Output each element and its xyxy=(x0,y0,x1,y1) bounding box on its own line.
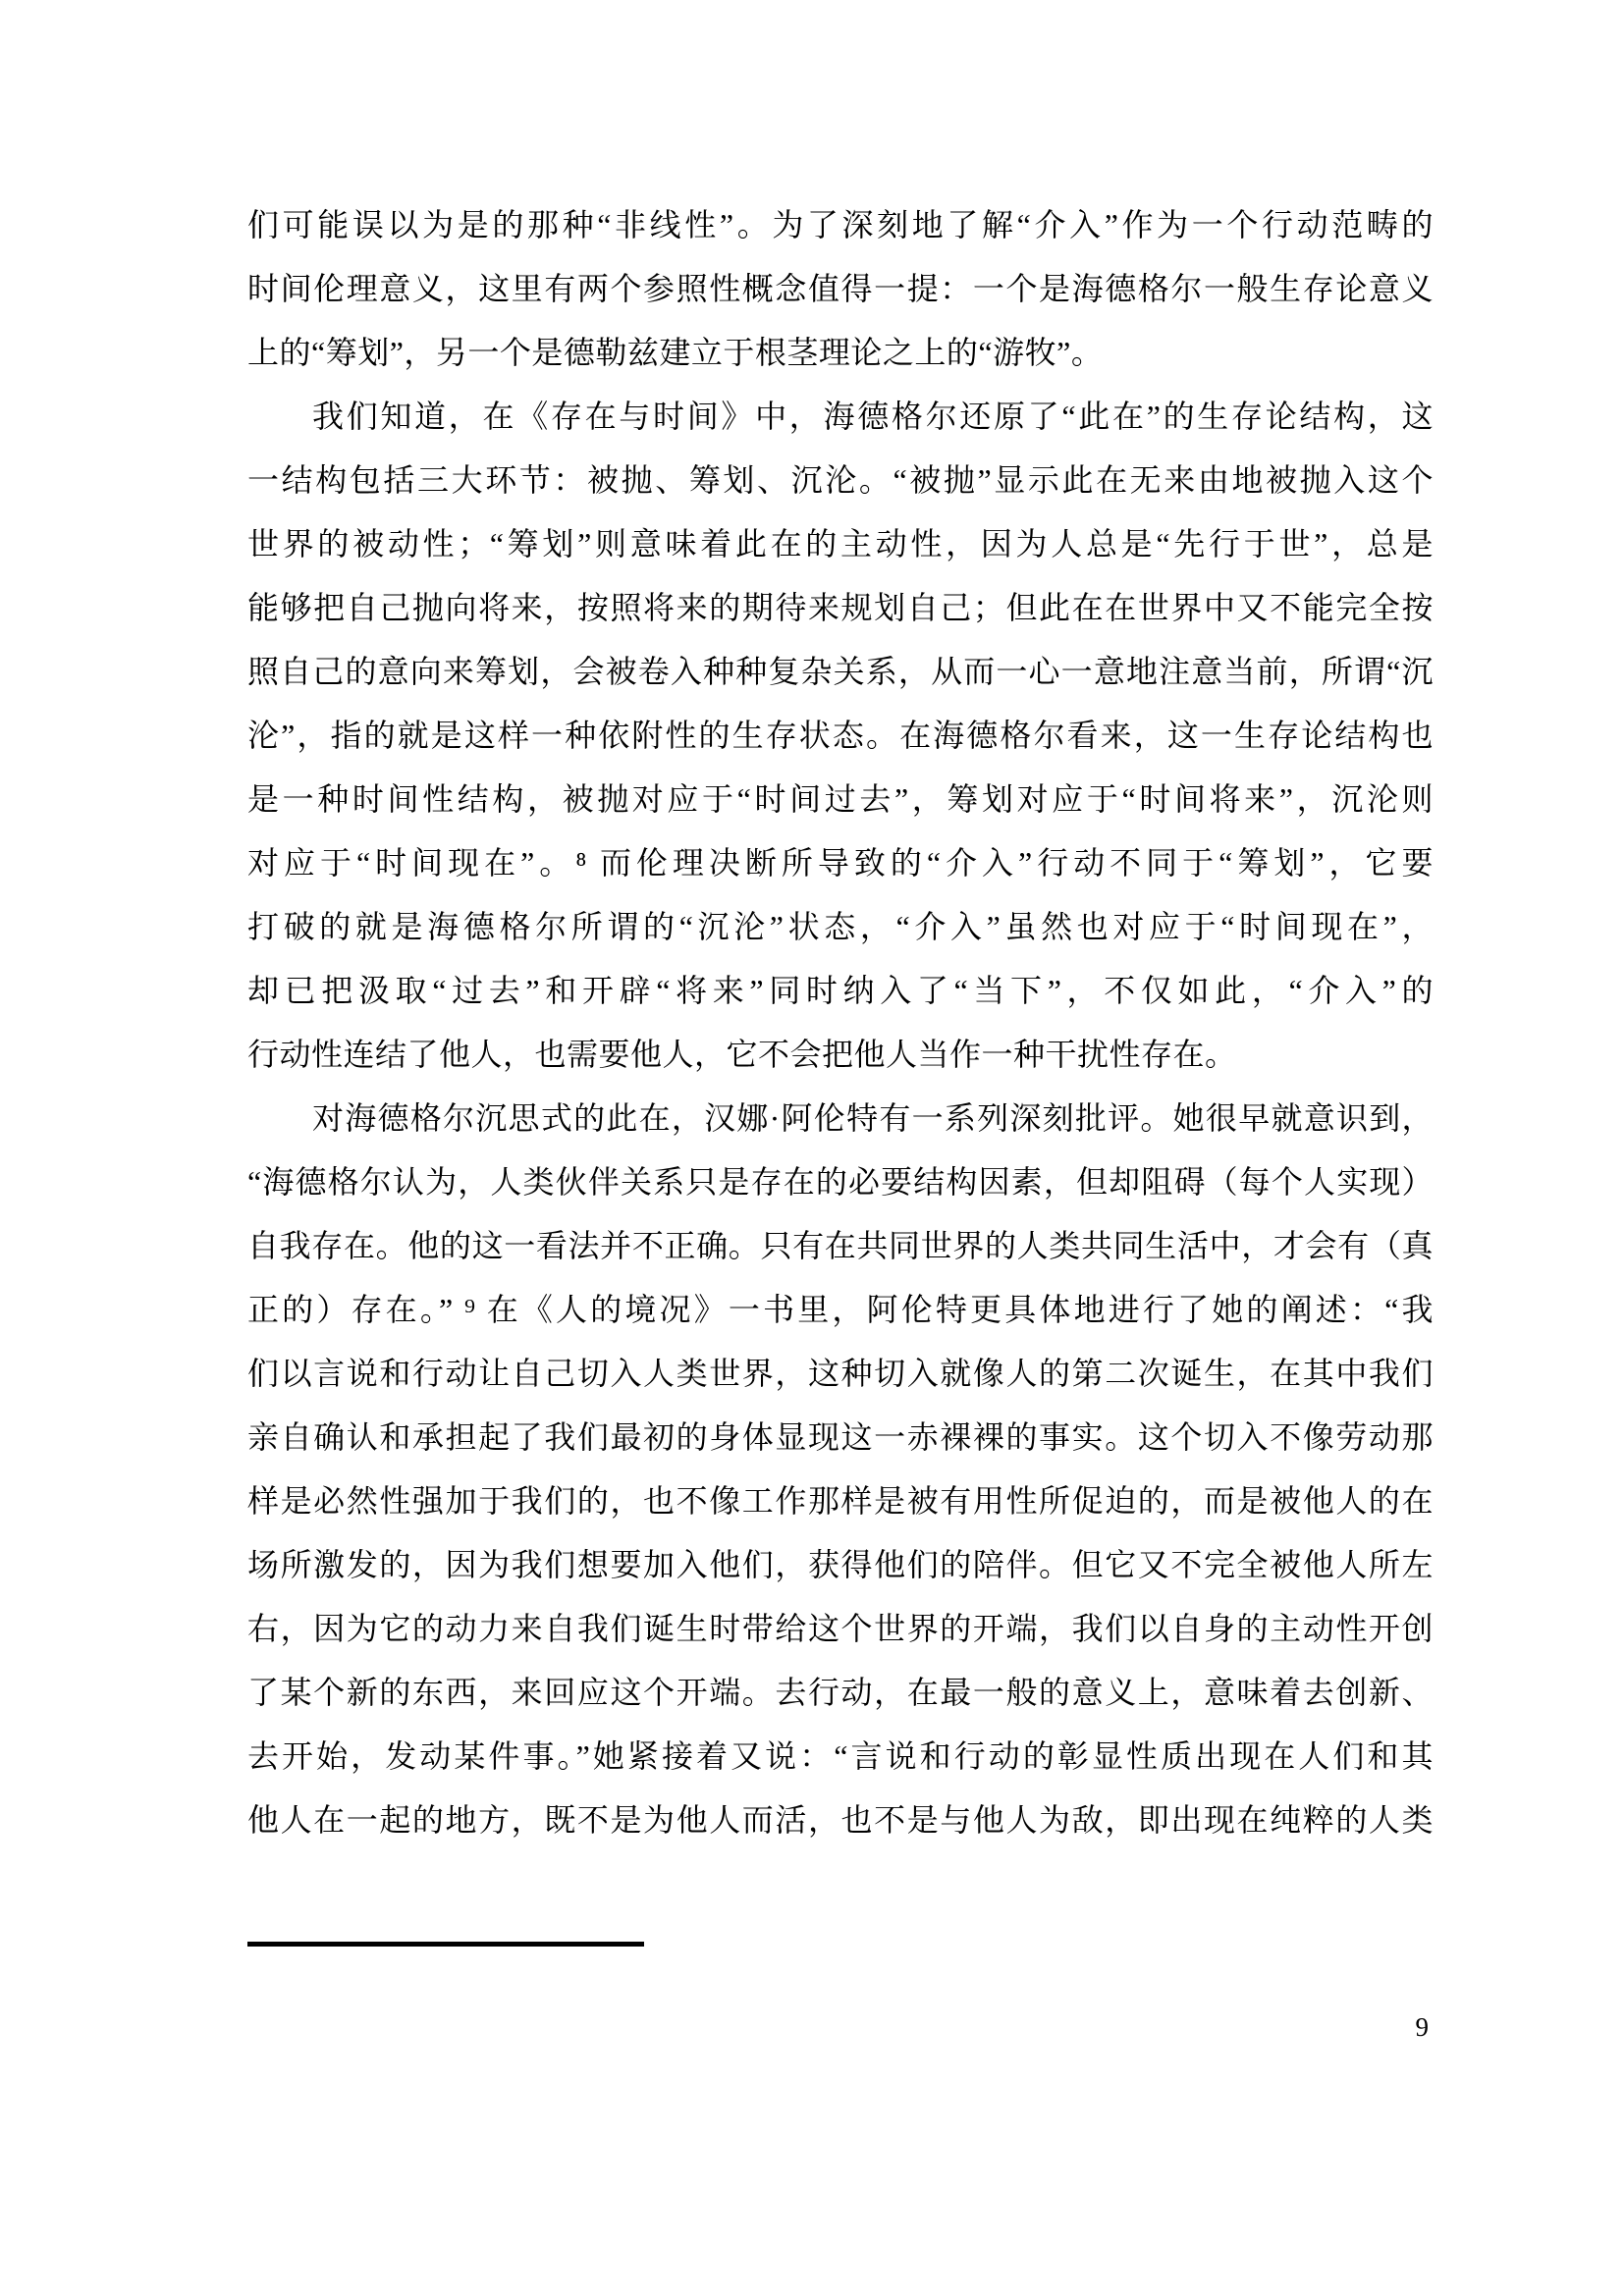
text-line: 对海德格尔沉思式的此在，汉娜·阿伦特有一系列深刻批评。她很早就意识到， xyxy=(247,1087,1434,1150)
text-line: 右，因为它的动力来自我们诞生时带给这个世界的开端，我们以自身的主动性开创 xyxy=(247,1597,1434,1661)
text-line: “海德格尔认为，人类伙伴关系只是存在的必要结构因素，但却阻碍（每个人实现） xyxy=(247,1150,1434,1214)
text-line: 沦”，指的就是这样一种依附性的生存状态。在海德格尔看来，这一生存论结构也 xyxy=(247,704,1434,768)
footnote-separator-rule xyxy=(247,1942,644,1947)
document-page: 们可能误以为是的那种“非线性”。为了深刻地了解“介入”作为一个行动范畴的时间伦理… xyxy=(0,0,1624,2296)
text-line: 自我存在。他的这一看法并不正确。只有在共同世界的人类共同生活中，才会有（真 xyxy=(247,1214,1434,1278)
text-line: 时间伦理意义，这里有两个参照性概念值得一提：一个是海德格尔一般生存论意义 xyxy=(247,257,1434,321)
text-line: 了某个新的东西，来回应这个开端。去行动，在最一般的意义上，意味着去创新、 xyxy=(247,1661,1434,1725)
text-line: 照自己的意向来筹划，会被卷入种种复杂关系，从而一心一意地注意当前，所谓“沉 xyxy=(247,640,1434,704)
text-line: 去开始，发动某件事。”她紧接着又说：“言说和行动的彰显性质出现在人们和其 xyxy=(247,1725,1434,1789)
text-line: 正的）存在。” ⁹ 在《人的境况》一书里，阿伦特更具体地进行了她的阐述：“我 xyxy=(247,1278,1434,1342)
text-line: 亲自确认和承担起了我们最初的身体显现这一赤裸裸的事实。这个切入不像劳动那 xyxy=(247,1406,1434,1469)
text-line: 却已把汲取“过去”和开辟“将来”同时纳入了“当下”，不仅如此，“介入”的 xyxy=(247,959,1434,1023)
text-line: 我们知道，在《存在与时间》中，海德格尔还原了“此在”的生存论结构，这 xyxy=(247,385,1434,449)
text-line: 行动性连结了他人，也需要他人，它不会把他人当作一种干扰性存在。 xyxy=(247,1023,1434,1087)
text-line: 们可能误以为是的那种“非线性”。为了深刻地了解“介入”作为一个行动范畴的 xyxy=(247,193,1434,257)
text-line: 一结构包括三大环节：被抛、筹划、沉沦。“被抛”显示此在无来由地被抛入这个 xyxy=(247,449,1434,512)
text-line: 场所激发的，因为我们想要加入他们，获得他们的陪伴。但它又不完全被他人所左 xyxy=(247,1533,1434,1597)
body-text: 们可能误以为是的那种“非线性”。为了深刻地了解“介入”作为一个行动范畴的时间伦理… xyxy=(247,193,1434,1852)
page-number: 9 xyxy=(1416,2012,1430,2042)
text-line: 能够把自己抛向将来，按照将来的期待来规划自己；但此在在世界中又不能完全按 xyxy=(247,576,1434,640)
text-line: 样是必然性强加于我们的，也不像工作那样是被有用性所促迫的，而是被他人的在 xyxy=(247,1469,1434,1533)
text-line: 是一种时间性结构，被抛对应于“时间过去”，筹划对应于“时间将来”，沉沦则 xyxy=(247,768,1434,831)
text-line: 打破的就是海德格尔所谓的“沉沦”状态，“介入”虽然也对应于“时间现在”， xyxy=(247,895,1434,959)
text-line: 对应于“时间现在”。⁸ 而伦理决断所导致的“介入”行动不同于“筹划”，它要 xyxy=(247,831,1434,895)
text-line: 们以言说和行动让自己切入人类世界，这种切入就像人的第二次诞生，在其中我们 xyxy=(247,1342,1434,1406)
text-line: 他人在一起的地方，既不是为他人而活，也不是与他人为敌，即出现在纯粹的人类 xyxy=(247,1789,1434,1852)
text-line: 世界的被动性；“筹划”则意味着此在的主动性，因为人总是“先行于世”，总是 xyxy=(247,512,1434,576)
text-line: 上的“筹划”，另一个是德勒兹建立于根茎理论之上的“游牧”。 xyxy=(247,321,1434,385)
